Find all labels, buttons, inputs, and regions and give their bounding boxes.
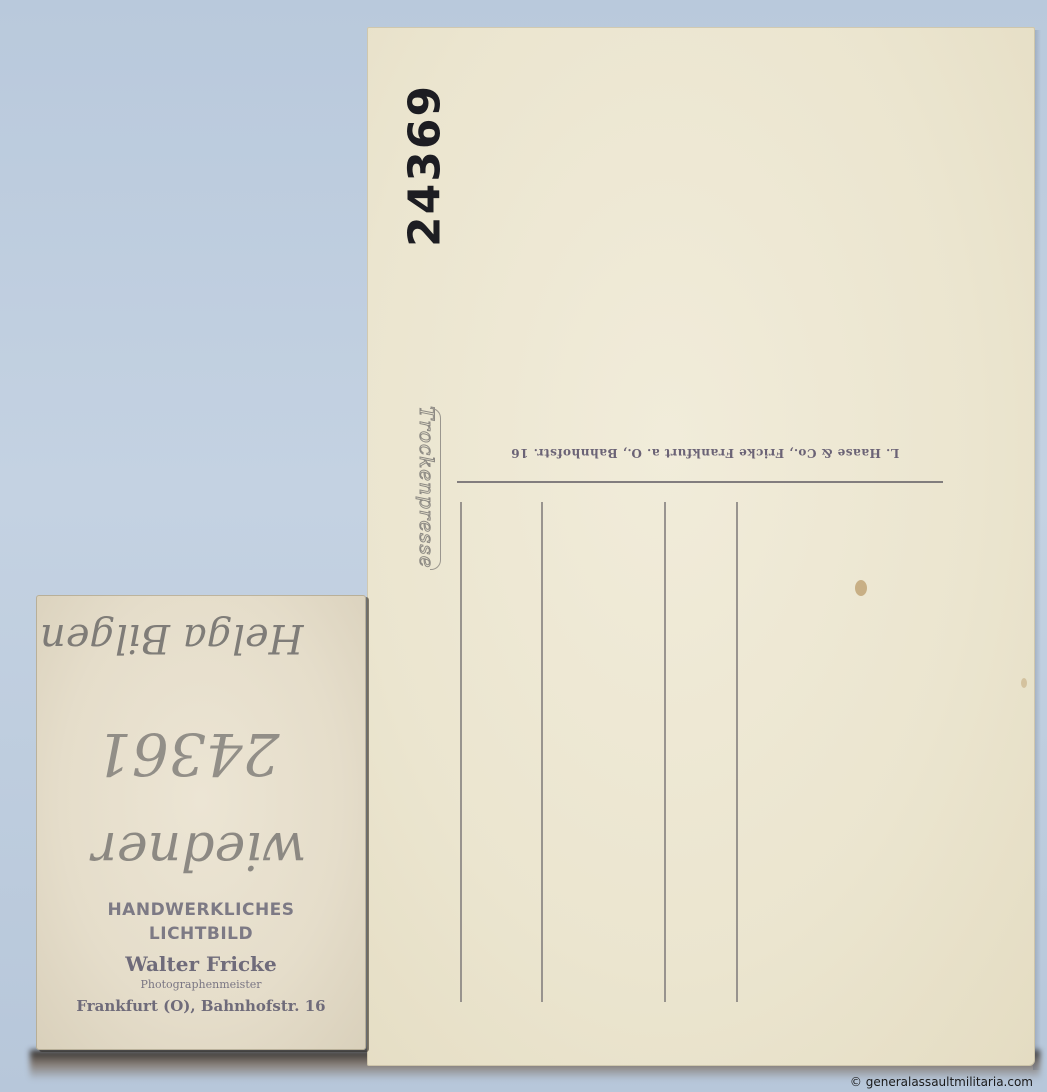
printer-imprint: L. Haase & Co., Fricke Frankfurt a. O., … xyxy=(470,446,940,460)
copyright-watermark: © generalassaultmilitaria.com xyxy=(850,1075,1033,1089)
maker-logo-stamp: Trockenpresse xyxy=(402,400,452,575)
studio-stamp-line-1: HANDWERKLICHES xyxy=(36,900,366,920)
address-column-line xyxy=(664,502,666,1002)
pencil-number-inscription: 24361 xyxy=(95,720,280,788)
studio-stamp-address: Frankfurt (O), Bahnhofstr. 16 xyxy=(36,997,366,1015)
address-column-line xyxy=(541,502,543,1002)
address-divider-line xyxy=(457,481,943,483)
studio-stamp-line-2: LICHTBILD xyxy=(36,924,366,944)
pencil-name-inscription: Helga Bilgen xyxy=(40,615,304,661)
handwritten-inventory-number: 24369 xyxy=(395,100,455,230)
postcard-back xyxy=(367,27,1035,1066)
studio-stamp-photographer: Walter Fricke xyxy=(36,952,366,976)
address-column-line xyxy=(460,502,462,1002)
pencil-word-inscription: wiedner xyxy=(92,820,306,880)
studio-stamp-title: Photographenmeister xyxy=(36,978,366,991)
paper-stain xyxy=(855,580,867,596)
paper-stain xyxy=(1021,678,1027,688)
address-column-line xyxy=(736,502,738,1002)
maker-logo-text: Trockenpresse xyxy=(415,406,439,569)
